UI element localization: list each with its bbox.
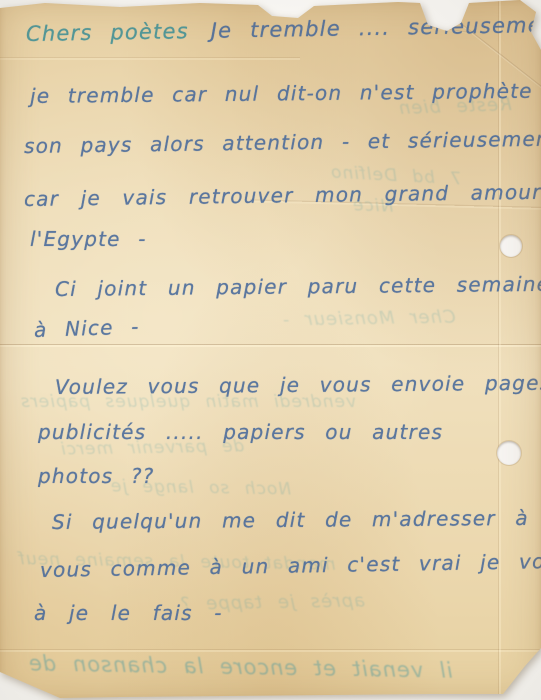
- paper-edge-vignette: [0, 0, 541, 700]
- letter-paper-shadow: Reste bien 7 bd Delfino Nice Cher Monsie…: [0, 0, 541, 700]
- photo-background: Reste bien 7 bd Delfino Nice Cher Monsie…: [0, 0, 541, 700]
- letter-paper: Reste bien 7 bd Delfino Nice Cher Monsie…: [0, 0, 541, 700]
